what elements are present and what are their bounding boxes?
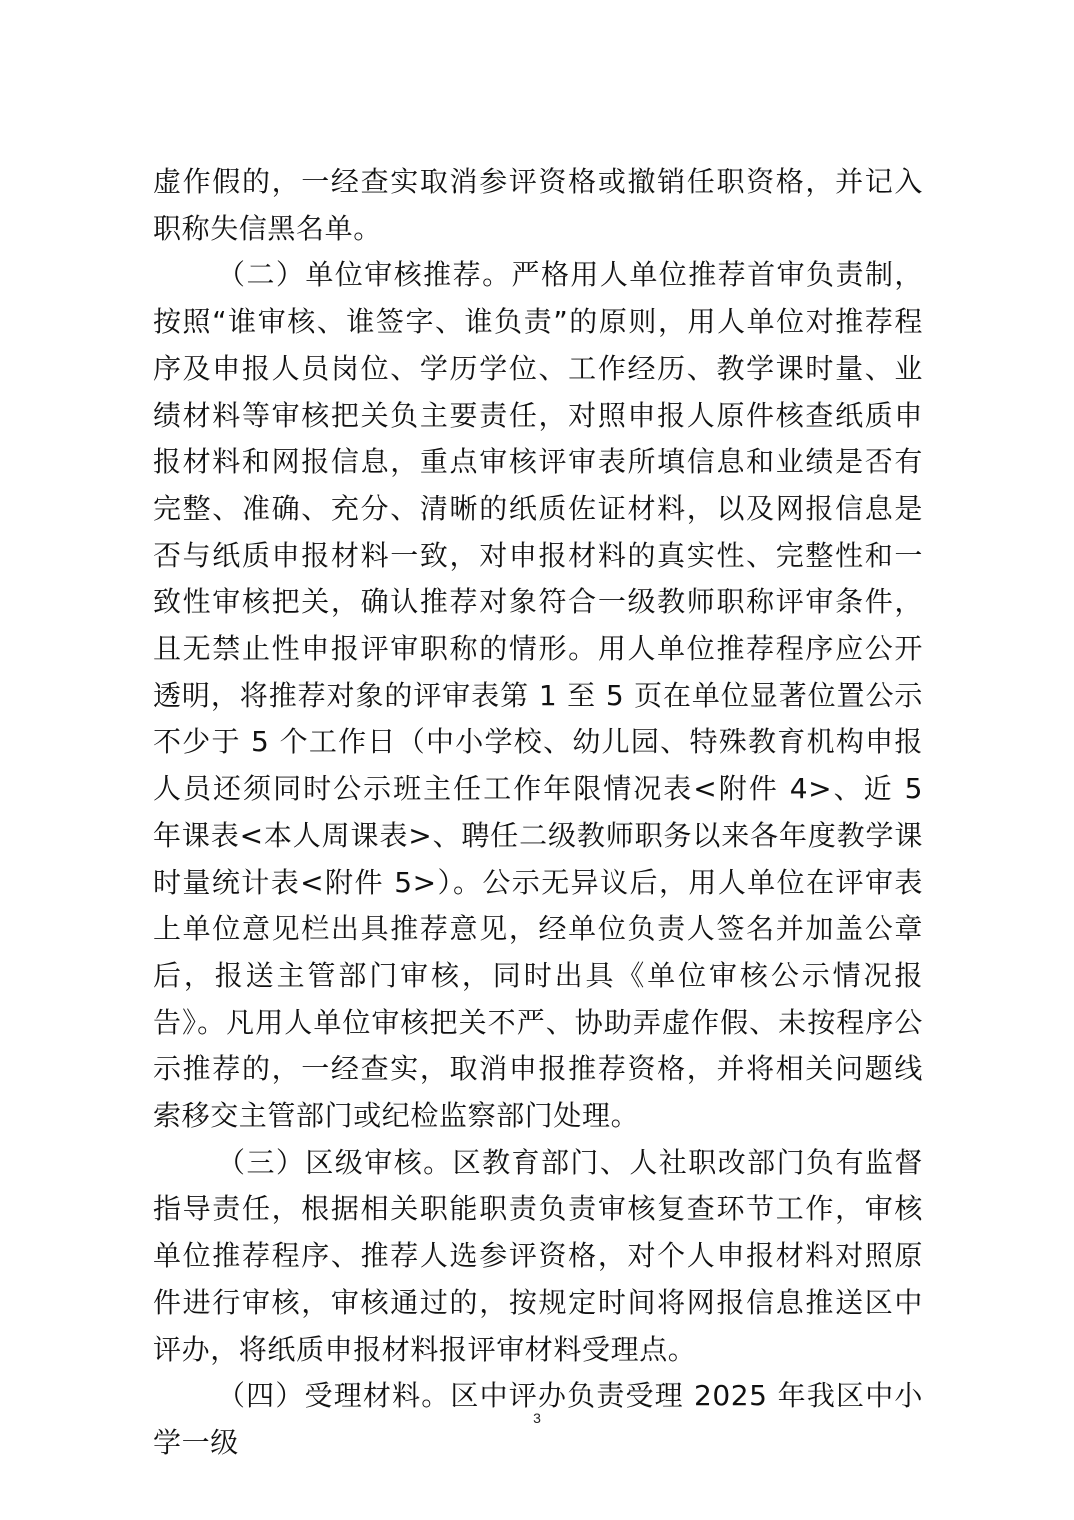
document-body: 虚作假的，一经查实取消参评资格或撤销任职资格，并记入职称失信黑名单。 （二）单位… <box>153 159 923 1467</box>
paragraph-unit-review: （二）单位审核推荐。严格用人单位推荐首审负责制，按照“谁审核、谁签字、谁负责”的… <box>153 252 923 1139</box>
page-number: 3 <box>0 1410 1074 1426</box>
paragraph-district-review: （三）区级审核。区教育部门、人社职改部门负有监督指导责任，根据相关职能职责负责审… <box>153 1140 923 1374</box>
document-page: 虚作假的，一经查实取消参评资格或撤销任职资格，并记入职称失信黑名单。 （二）单位… <box>0 0 1074 1520</box>
paragraph-continuation: 虚作假的，一经查实取消参评资格或撤销任职资格，并记入职称失信黑名单。 <box>153 159 923 252</box>
